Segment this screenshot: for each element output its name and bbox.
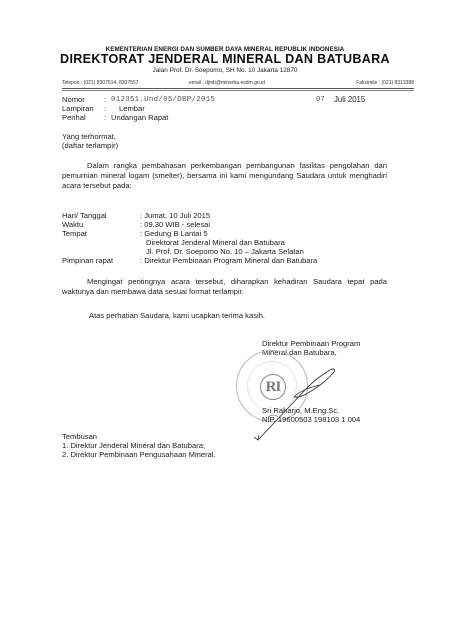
phone-number: Telepon : (021) 8307514, 8307557 (62, 80, 138, 86)
signatory-name: Sri Raharjo, M.Eng.Sc. (262, 406, 339, 415)
letter-page: KEMENTERIAN ENERGI DAN SUMBER DAYA MINER… (0, 0, 450, 640)
detail-value-date: : Jumat, 10 Juli 2015 (140, 211, 210, 220)
detail-value-place-line3: Jl. Prof. Dr. Soepomo No. 10 – Jakarta S… (146, 247, 304, 256)
body-paragraph-1: Dalam rangka pembahasan perkembangan pem… (62, 161, 387, 191)
fax-number: Faksimile : (021) 8313388 (356, 80, 414, 86)
detail-label-time: Waktu (62, 220, 83, 229)
detail-label-chair: Pimpinan rapat (62, 256, 113, 265)
letter-date-day: 07 (316, 96, 325, 105)
handwritten-signature-icon (230, 345, 340, 445)
body-paragraph-2: Mengingat pentingnya acara tersebut, dih… (62, 277, 387, 297)
paragraph-1-text: Dalam rangka pembahasan perkembangan pem… (62, 161, 387, 190)
detail-label-date: Hari/ Tanggal (62, 211, 107, 220)
number-colon: : (104, 95, 106, 104)
email-address: email : djmb@minerba.esdm.go.id (189, 80, 265, 86)
directorate-name: DIREKTORAT JENDERAL MINERAL DAN BATUBARA (0, 52, 450, 66)
attachment-label: Lampiran (62, 104, 94, 113)
detail-value-chair: : Direktur Pembinaan Program Mineral dan… (140, 256, 317, 265)
detail-value-place-line2: Direktorat Jenderal Mineral dan Batubara (146, 238, 285, 247)
closing-remark: Atas perhatian Saudara, kami ucapkan ter… (89, 311, 265, 320)
letterhead-divider-thin (62, 90, 414, 91)
copies-item-1: 1. Direktur Jenderal Mineral dan Batubar… (62, 441, 205, 450)
subject-label: Perihal (62, 113, 86, 122)
subject-colon: : (104, 113, 106, 122)
subject-value: Undangan Rapat (111, 113, 168, 122)
copies-heading: Tembusan (62, 432, 97, 441)
copies-item-2: 2. Direktur Pembinaan Pengusahaan Minera… (62, 450, 216, 459)
office-address: Jalan Prof. Dr. Soepomo, SH No. 10 Jakar… (0, 67, 450, 74)
salutation: Yang terhormat, (62, 132, 116, 141)
detail-value-place: : Gedung B Lantai 5 (140, 229, 208, 238)
attachment-value: Lembar (119, 104, 145, 113)
signatory-nip: NIP. 19600503 198103 1 004 (262, 415, 360, 424)
recipient: (daftar terlampir) (62, 141, 118, 150)
detail-label-place: Tempat (62, 229, 87, 238)
detail-value-time: : 09.30 WIB - selesai (140, 220, 210, 229)
paragraph-2-text: Mengingat pentingnya acara tersebut, dih… (62, 277, 387, 296)
letter-date-month-year: Juli 2015 (334, 95, 365, 104)
number-label: Nomor (62, 95, 85, 104)
attachment-colon: : (104, 104, 106, 113)
